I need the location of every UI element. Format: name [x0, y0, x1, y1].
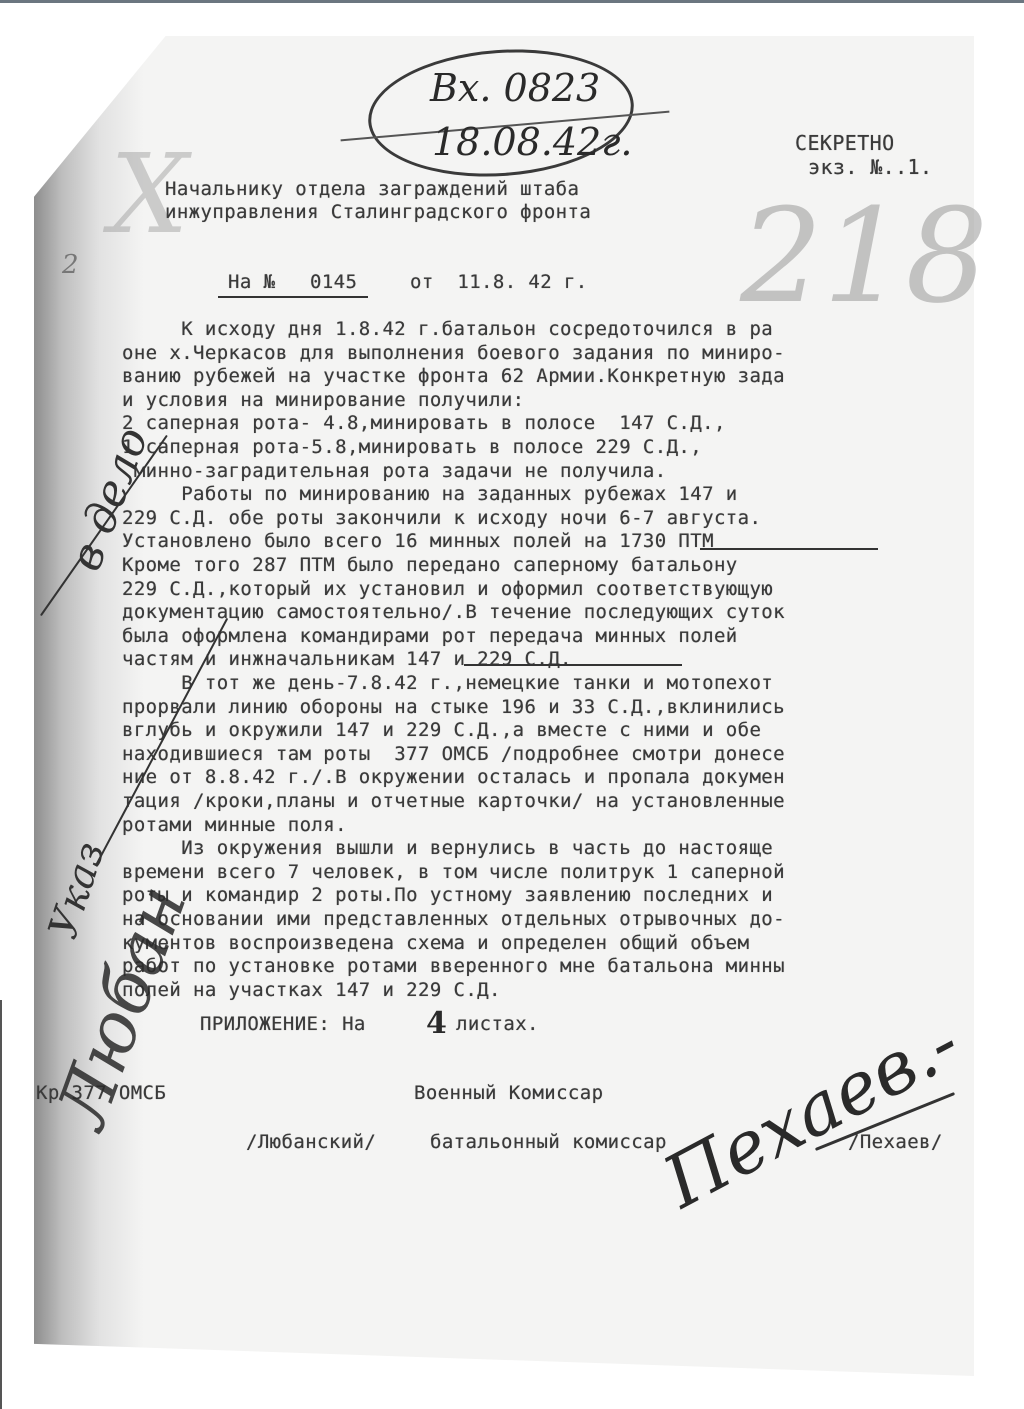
attachment-count: 4: [426, 1006, 447, 1041]
commander-name: /Любанский/: [246, 1131, 376, 1155]
body-line: Из окружения вышли и вернулись в часть д…: [122, 837, 773, 861]
body-line: прорвали линию обороны на стыке 196 и 33…: [122, 696, 785, 720]
commissar-rank: батальонный комиссар: [430, 1131, 667, 1155]
scan-frame-left: [0, 1000, 2, 1409]
body-line: роты и командир 2 роты.По устному заявле…: [122, 884, 773, 908]
body-line: полей на участках 147 и 229 С.Д.: [122, 979, 501, 1003]
classification-label: СЕКРЕТНО: [795, 132, 895, 156]
addressee-line-1: Начальнику отдела заграждений штаба: [165, 178, 579, 202]
stamp-date: 18.08.42г.: [432, 120, 633, 164]
body-line: находившиеся там роты 377 ОМСБ /подробне…: [122, 743, 785, 767]
stamp-number: Вх. 0823: [430, 66, 600, 110]
pencil-number-mark: 218: [740, 180, 988, 332]
body-line: Работы по минированию на заданных рубежа…: [122, 483, 738, 507]
body-line: 1 саперная рота-5.8,минировать в полосе …: [122, 436, 702, 460]
body-line: вглубь и окружили 147 и 229 С.Д.,а вмест…: [122, 719, 761, 743]
body-line: оне х.Черкасов для выполнения боевого за…: [122, 342, 785, 366]
commissar-title: Военный Комиссар: [414, 1082, 603, 1106]
mines-count-underline: [700, 548, 878, 550]
body-line: 229 С.Д.,который их установил и оформил …: [122, 578, 773, 602]
commissar-name: /Пехаев/: [848, 1131, 943, 1155]
copy-number: экз. №..1.: [808, 156, 932, 180]
body-line: и условия на минирование получили:: [122, 389, 525, 413]
divisions-underline: [464, 664, 682, 666]
reference-prefix: На №: [228, 271, 275, 295]
attachment-label: ПРИЛОЖЕНИЕ: На: [200, 1013, 366, 1037]
body-line: работ по установке ротами вверенного мне…: [122, 955, 785, 979]
body-line: на основании ими представленных отдельны…: [122, 908, 785, 932]
body-line: частям и инжначальникам 147 и 229 С.Д.: [122, 648, 572, 672]
reference-number: 0145: [310, 271, 357, 295]
body-line: ванию рубежей на участке фронта 62 Армии…: [122, 365, 785, 389]
body-line: 229 С.Д. обе роты закончили к исходу ноч…: [122, 507, 761, 531]
attachment-suffix: листах.: [456, 1013, 539, 1037]
body-line: ние от 8.8.42 г./.В окружении осталась и…: [122, 766, 785, 790]
scan-frame-top: [0, 0, 1024, 3]
body-line: Кроме того 287 ПТМ было передано саперно…: [122, 554, 738, 578]
reference-underline: [218, 296, 368, 298]
body-line: В тот же день-7.8.42 г.,немецкие танки и…: [122, 672, 773, 696]
reference-date: от 11.8. 42 г.: [410, 271, 588, 295]
body-line: ротами минные поля.: [122, 814, 347, 838]
body-line: документацию самостоятельно/.В течение п…: [122, 601, 785, 625]
page-number-mark: 2: [62, 250, 79, 280]
body-line: Установлено было всего 16 минных полей н…: [122, 530, 714, 554]
body-line: была оформлена командирами рот передача …: [122, 625, 738, 649]
body-line: 2 саперная рота- 4.8,минировать в полосе…: [122, 412, 726, 436]
body-line: минно-заградительная рота задачи не полу…: [122, 460, 667, 484]
addressee-line-2: инжуправления Сталинградского фронта: [165, 201, 591, 225]
body-line: времени всего 7 человек, в том числе пол…: [122, 861, 785, 885]
body-line: кументов воспроизведена схема и определе…: [122, 932, 749, 956]
body-line: тация /кроки,планы и отчетные карточки/ …: [122, 790, 785, 814]
body-line: К исходу дня 1.8.42 г.батальон сосредото…: [122, 318, 773, 342]
